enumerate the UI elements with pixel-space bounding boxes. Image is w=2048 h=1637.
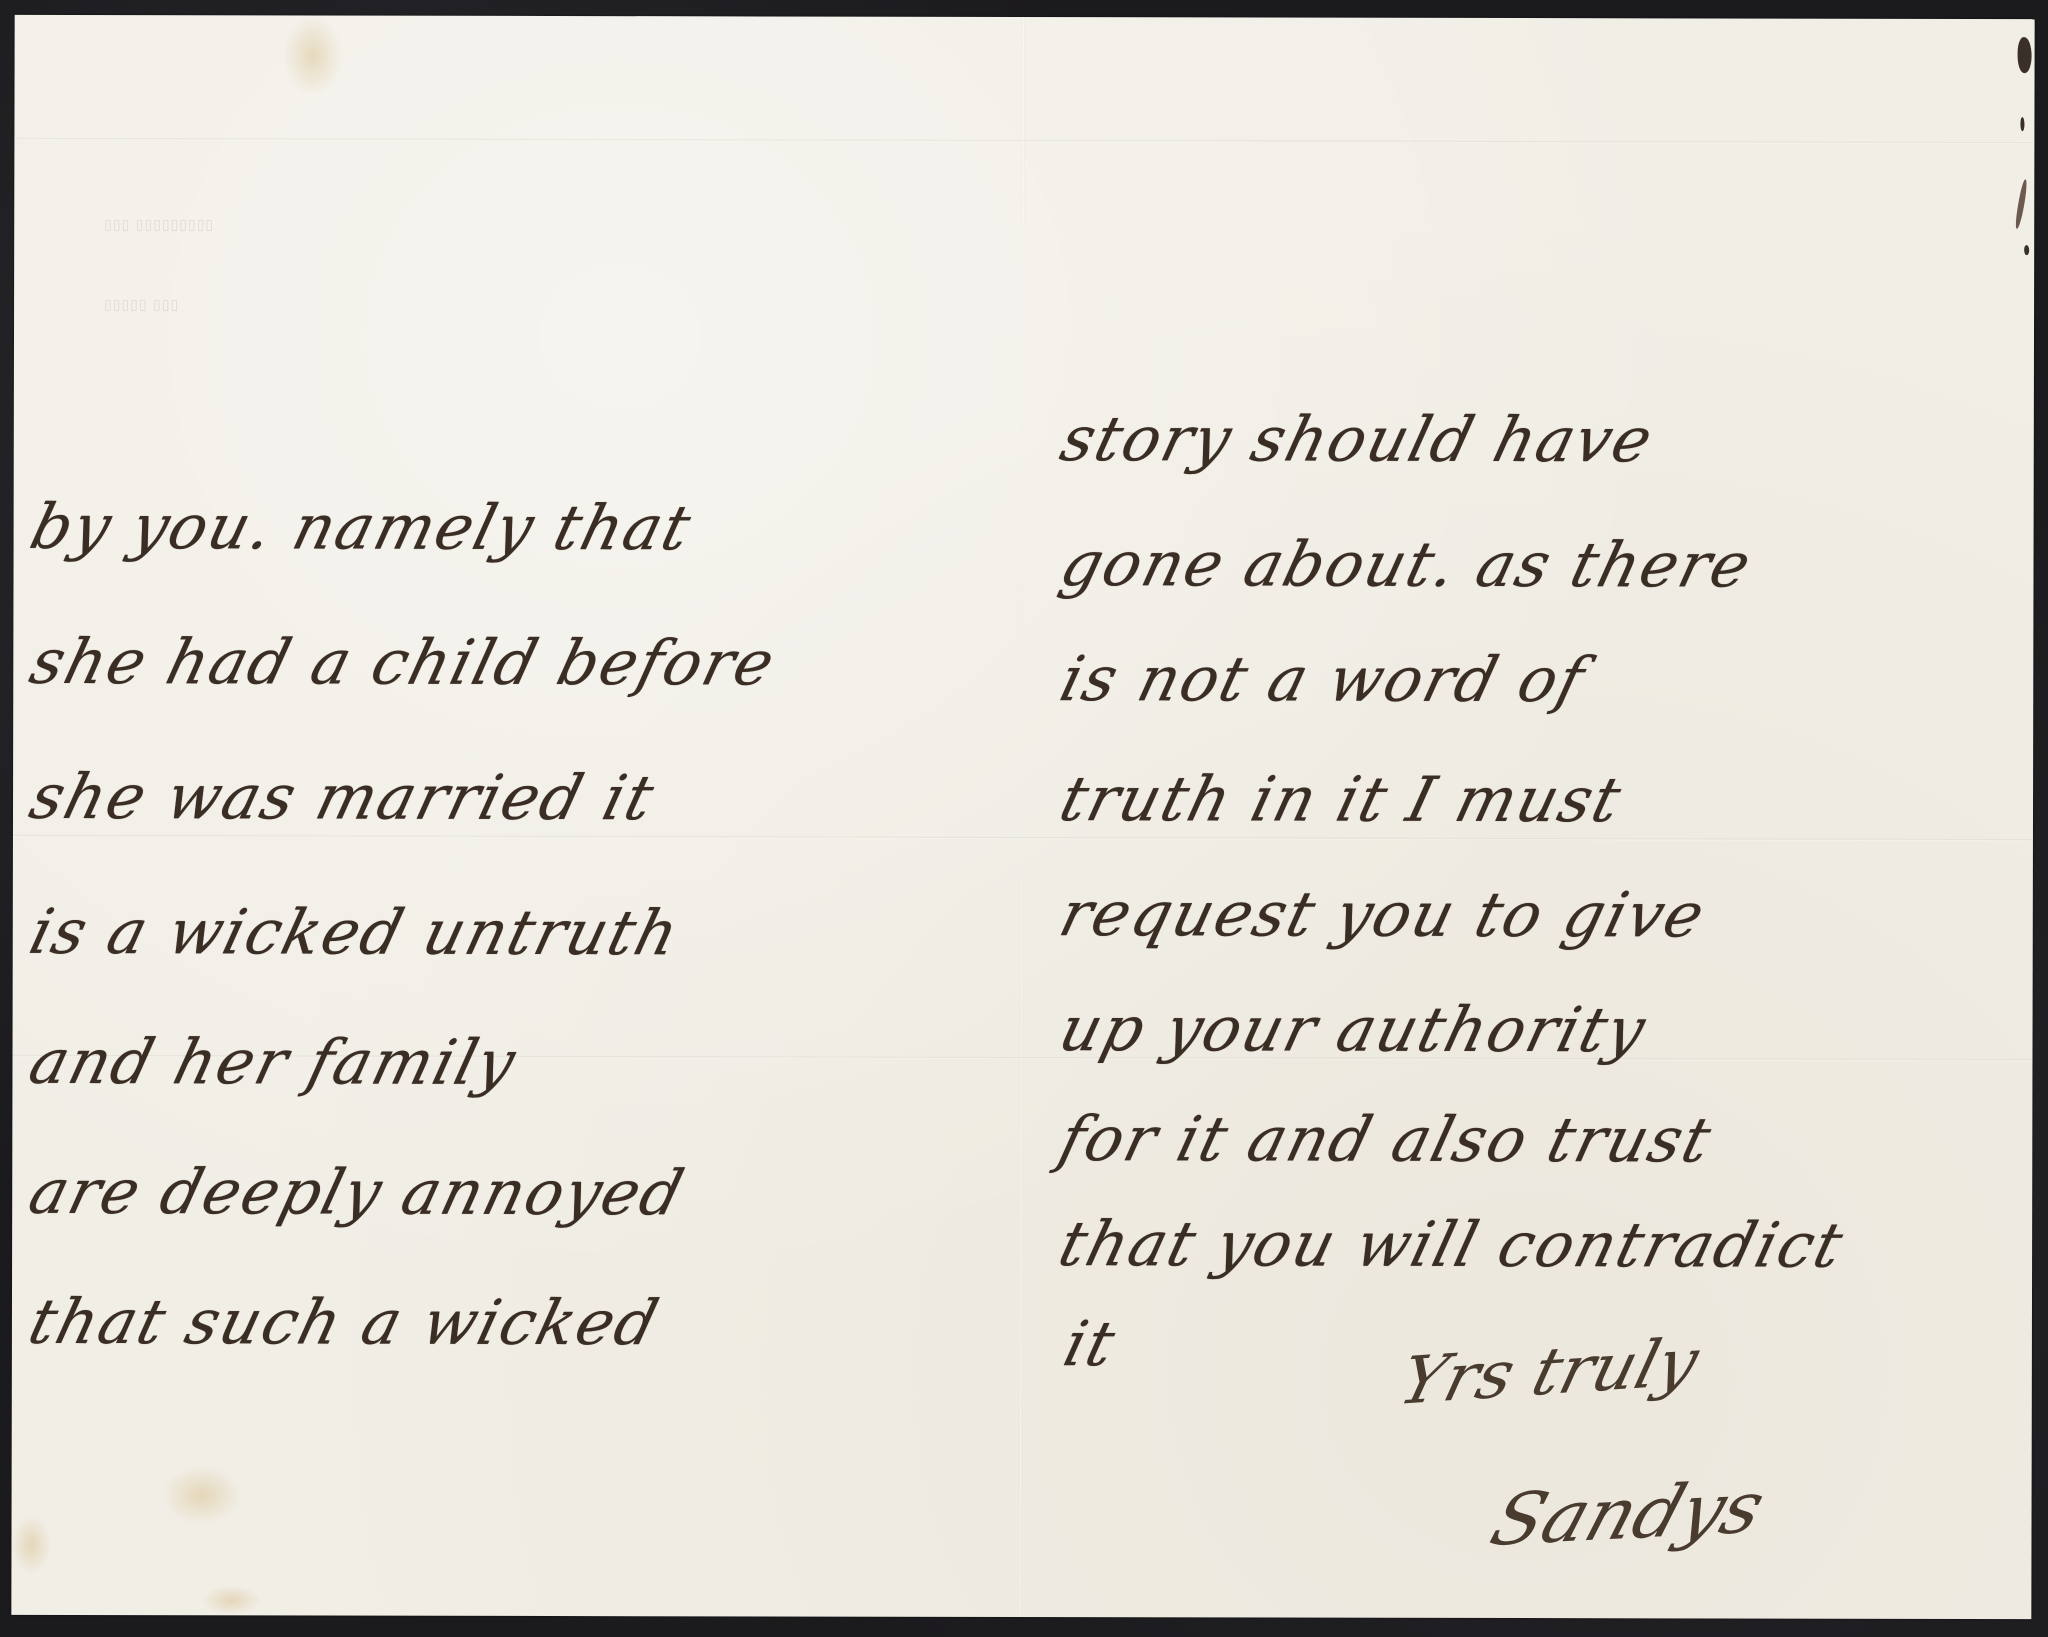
- letter-line: she was married it: [23, 760, 663, 834]
- letter-line: and her family: [22, 1025, 524, 1099]
- ink-blot-edge-3: [2014, 179, 2029, 229]
- letter-line: are deeply annoyed: [22, 1155, 692, 1229]
- water-stain-corner: [11, 1515, 51, 1575]
- ink-blot-edge-2: [2020, 117, 2024, 131]
- letter-line: it: [1057, 1307, 1124, 1380]
- letter-line: for it and also trust: [1052, 1102, 1720, 1176]
- letter-sheet: ▯▯▯ ▯▯▯▯▯▯▯▯▯ ▯▯▯▯▯ ▯▯▯ by you. namely t…: [11, 15, 2034, 1619]
- letter-line: story should have: [1054, 402, 1662, 476]
- letter-line: up your authority: [1052, 992, 1654, 1066]
- ink-blot-edge-1: [2018, 37, 2032, 73]
- letter-line: that you will contradict: [1052, 1207, 1852, 1282]
- letter-line: request you to give: [1053, 877, 1714, 951]
- water-stain-bottom: [201, 1585, 261, 1615]
- letter-line: by you. namely that: [24, 490, 700, 564]
- ink-blot-edge-4: [2024, 245, 2029, 255]
- letter-line: she had a child before: [23, 625, 783, 700]
- letter-line: that such a wicked: [22, 1285, 667, 1359]
- letter-signature: Sandys: [1481, 1465, 1774, 1562]
- letter-line: gone about. as there: [1053, 527, 1759, 601]
- letter-closing: Yrs truly: [1392, 1323, 1707, 1419]
- letter-line: is not a word of: [1053, 642, 1593, 716]
- water-stain-top: [283, 15, 343, 95]
- embossed-letterhead: ▯▯▯ ▯▯▯▯▯▯▯▯▯ ▯▯▯▯▯ ▯▯▯: [104, 185, 214, 345]
- water-stain-bottom-left: [162, 1465, 242, 1525]
- letter-line: is a wicked untruth: [23, 895, 688, 969]
- center-fold-line: [1019, 17, 1024, 1617]
- letter-line: truth in it I must: [1053, 762, 1630, 836]
